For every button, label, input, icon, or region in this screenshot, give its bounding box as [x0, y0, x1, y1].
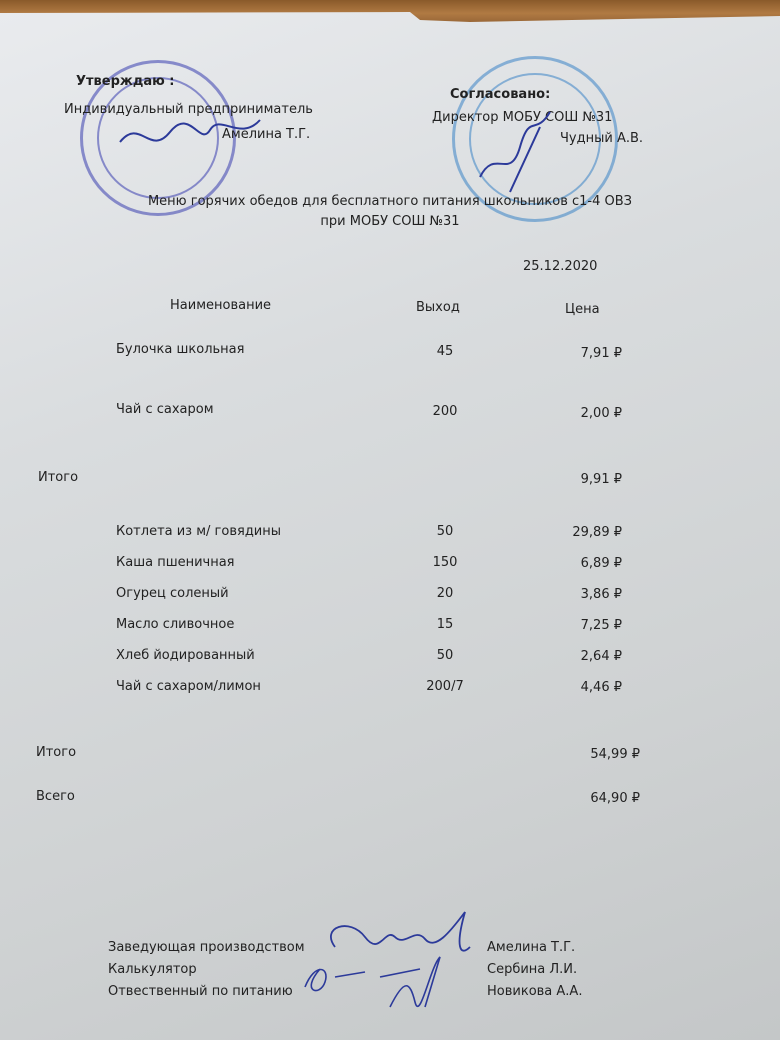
signature-name: Новикова А.А. — [487, 984, 582, 999]
menu-date: 25.12.2020 — [523, 259, 597, 274]
item-yield: 50 — [420, 524, 470, 539]
signature-role: Отвественный по питанию — [108, 984, 293, 999]
item-price: 29,89 ₽ — [540, 525, 622, 540]
signature-staff — [290, 907, 490, 1017]
item-name: Каша пшеничная — [116, 555, 235, 570]
item-name: Масло сливочное — [116, 617, 234, 632]
item-price: 7,91 ₽ — [540, 346, 622, 361]
signature-name: Сербина Л.И. — [487, 962, 577, 977]
signature-name: Амелина Т.Г. — [487, 940, 575, 955]
signature-agree — [470, 107, 560, 197]
approve-heading: Утверждаю : — [76, 74, 174, 89]
item-price: 2,00 ₽ — [540, 406, 622, 421]
subtotal-price: 9,91 ₽ — [540, 472, 622, 487]
item-name: Котлета из м/ говядины — [116, 524, 281, 539]
signature-role: Калькулятор — [108, 962, 197, 977]
item-price: 3,86 ₽ — [540, 587, 622, 602]
item-name: Чай с сахаром/лимон — [116, 679, 261, 694]
header-yield: Выход — [416, 300, 460, 315]
item-yield: 200/7 — [420, 679, 470, 694]
item-price: 2,64 ₽ — [540, 649, 622, 664]
header-name: Наименование — [170, 298, 271, 313]
item-yield: 200 — [420, 404, 470, 419]
item-yield: 150 — [420, 555, 470, 570]
menu-document: Утверждаю : Индивидуальный предпринимате… — [0, 12, 780, 1040]
item-yield: 15 — [420, 617, 470, 632]
signature-role: Заведующая производством — [108, 940, 305, 955]
document-title: Меню горячих обедов для бесплатного пита… — [0, 194, 780, 209]
subtotal-price: 54,99 ₽ — [550, 747, 640, 762]
item-yield: 20 — [420, 586, 470, 601]
agree-heading: Согласовано: — [450, 87, 550, 102]
item-price: 4,46 ₽ — [540, 680, 622, 695]
document-subtitle: при МОБУ СОШ №31 — [0, 214, 780, 229]
header-price: Цена — [565, 302, 600, 317]
grand-total-price: 64,90 ₽ — [550, 791, 640, 806]
subtotal-label: Итого — [38, 470, 78, 485]
item-yield: 45 — [420, 344, 470, 359]
subtotal-label: Итого — [36, 745, 76, 760]
item-name: Чай с сахаром — [116, 402, 214, 417]
grand-total-label: Всего — [36, 789, 75, 804]
item-price: 6,89 ₽ — [540, 556, 622, 571]
item-name: Хлеб йодированный — [116, 648, 255, 663]
item-name: Булочка школьная — [116, 342, 244, 357]
item-name: Огурец соленый — [116, 586, 229, 601]
item-yield: 50 — [420, 648, 470, 663]
signature-approve — [110, 112, 270, 162]
item-price: 7,25 ₽ — [540, 618, 622, 633]
agree-name: Чудный А.В. — [560, 131, 643, 146]
